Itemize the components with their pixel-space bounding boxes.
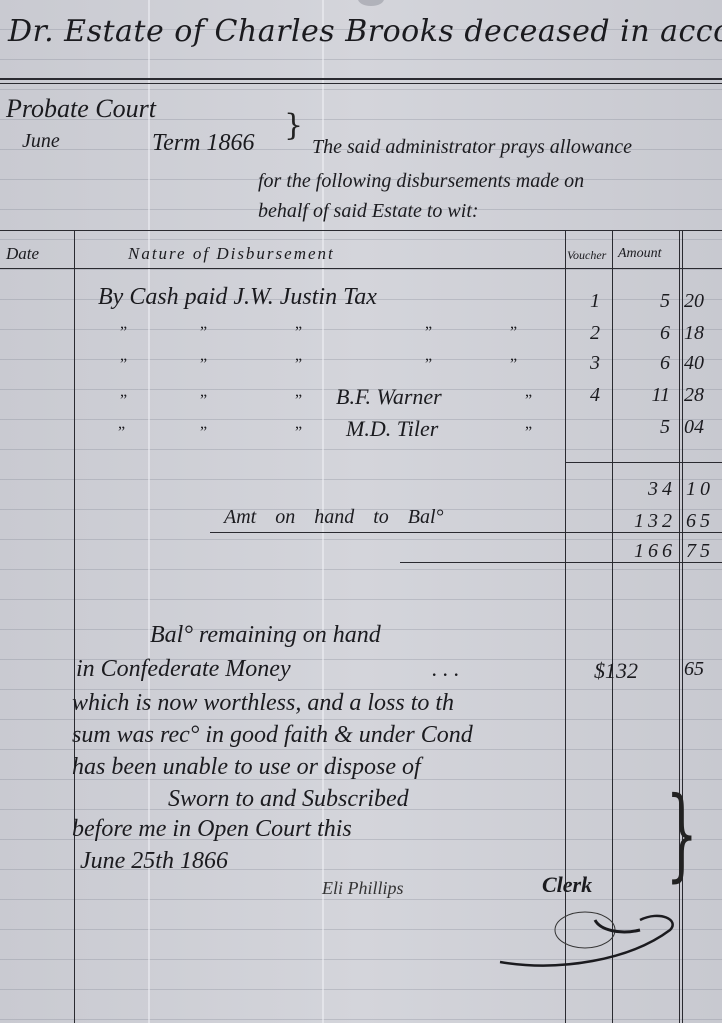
intro-line-2: for the following disbursements made on	[258, 170, 584, 193]
row-5-payee: M.D. Tiler	[346, 416, 438, 442]
row-3-cents: 40	[684, 352, 716, 375]
signature-flourish	[480, 900, 680, 980]
ditto-mark: ”	[525, 424, 532, 442]
month-label: June	[22, 130, 60, 153]
intro-line-1: The said administrator prays allowance	[312, 136, 632, 159]
balance-cents: 65	[686, 510, 718, 533]
row-4-voucher: 4	[570, 384, 600, 407]
total-dollars: 166	[620, 540, 676, 563]
clerk-title: Clerk	[542, 872, 592, 898]
note-amount: $132	[594, 658, 638, 684]
row-1-dollars: 5	[620, 290, 670, 313]
note-line-1: Bal° remaining on hand	[150, 622, 381, 649]
row-4-dollars: 11	[620, 384, 670, 407]
oath-line-2: before me in Open Court this	[72, 816, 352, 843]
table-top-rule	[0, 230, 722, 231]
row-4-cents: 28	[684, 384, 716, 407]
note-amount-cents: 65	[684, 658, 704, 681]
note-line-2-dots: . . .	[432, 656, 460, 682]
header-amount: Amount	[618, 246, 662, 262]
ditto-mark: ”	[120, 392, 127, 410]
total-cents: 75	[686, 540, 718, 563]
row-4-payee: B.F. Warner	[336, 384, 442, 410]
ditto-mark: ”	[525, 392, 532, 410]
row-1-description: By Cash paid J.W. Justin Tax	[98, 284, 377, 311]
ditto-mark: ”	[120, 356, 127, 374]
clerk-signature: Eli Phillips	[322, 878, 404, 899]
subtotal-cents: 10	[686, 478, 718, 501]
document-heading: Dr. Estate of Charles Brooks deceased in…	[8, 14, 722, 49]
ditto-mark: ”	[118, 424, 125, 442]
header-date: Date	[6, 244, 39, 264]
intro-line-3: behalf of said Estate to wit:	[258, 200, 479, 223]
row-3-voucher: 3	[570, 352, 600, 375]
ditto-mark: ”	[295, 356, 302, 374]
ditto-mark: ”	[200, 392, 207, 410]
balance-label: Amt on hand to Bal°	[224, 506, 444, 529]
row-2-cents: 18	[684, 322, 716, 345]
ditto-mark: ”	[425, 324, 432, 342]
ditto-mark: ”	[295, 424, 302, 442]
row-2-voucher: 2	[570, 322, 600, 345]
note-line-5: has been unable to use or dispose of	[72, 754, 421, 781]
row-5-dollars: 5	[620, 416, 670, 439]
header-nature: Nature of Disbursement	[128, 244, 335, 264]
cents-column-rule-double	[682, 230, 683, 1023]
note-line-4: sum was rec° in good faith & under Cond	[72, 722, 473, 749]
note-line-3: which is now worthless, and a loss to th	[72, 690, 454, 717]
ledger-page: Dr. Estate of Charles Brooks deceased in…	[0, 0, 722, 1023]
subtotal-rule	[565, 462, 722, 463]
row-2-dollars: 6	[620, 322, 670, 345]
date-column-rule	[74, 230, 75, 1023]
row-1-cents: 20	[684, 290, 716, 313]
ditto-mark: ”	[200, 424, 207, 442]
ditto-mark: ”	[510, 324, 517, 342]
header-voucher: Voucher	[567, 248, 606, 263]
total-underline	[400, 562, 722, 563]
ditto-mark: ”	[510, 356, 517, 374]
ditto-mark: ”	[200, 324, 207, 342]
court-label: Probate Court	[6, 94, 156, 124]
ditto-mark: ”	[200, 356, 207, 374]
row-1-voucher: 1	[570, 290, 600, 313]
subtotal-dollars: 34	[620, 478, 676, 501]
ditto-mark: ”	[295, 324, 302, 342]
punch-hole	[358, 0, 384, 6]
heading-rule	[0, 78, 722, 80]
oath-line-1: Sworn to and Subscribed	[168, 786, 409, 813]
ditto-mark: ”	[425, 356, 432, 374]
oath-brace: }	[666, 784, 698, 884]
oath-date: June 25th 1866	[80, 848, 228, 875]
heading-rule-thin	[0, 83, 722, 84]
balance-dollars: 132	[620, 510, 676, 533]
term-label: Term 1866	[152, 130, 254, 157]
row-3-dollars: 6	[620, 352, 670, 375]
row-5-cents: 04	[684, 416, 716, 439]
ditto-mark: ”	[295, 392, 302, 410]
table-header-rule	[0, 268, 722, 269]
note-line-2: in Confederate Money	[76, 656, 291, 683]
ditto-mark: ”	[120, 324, 127, 342]
brace-mark: }	[284, 108, 303, 143]
